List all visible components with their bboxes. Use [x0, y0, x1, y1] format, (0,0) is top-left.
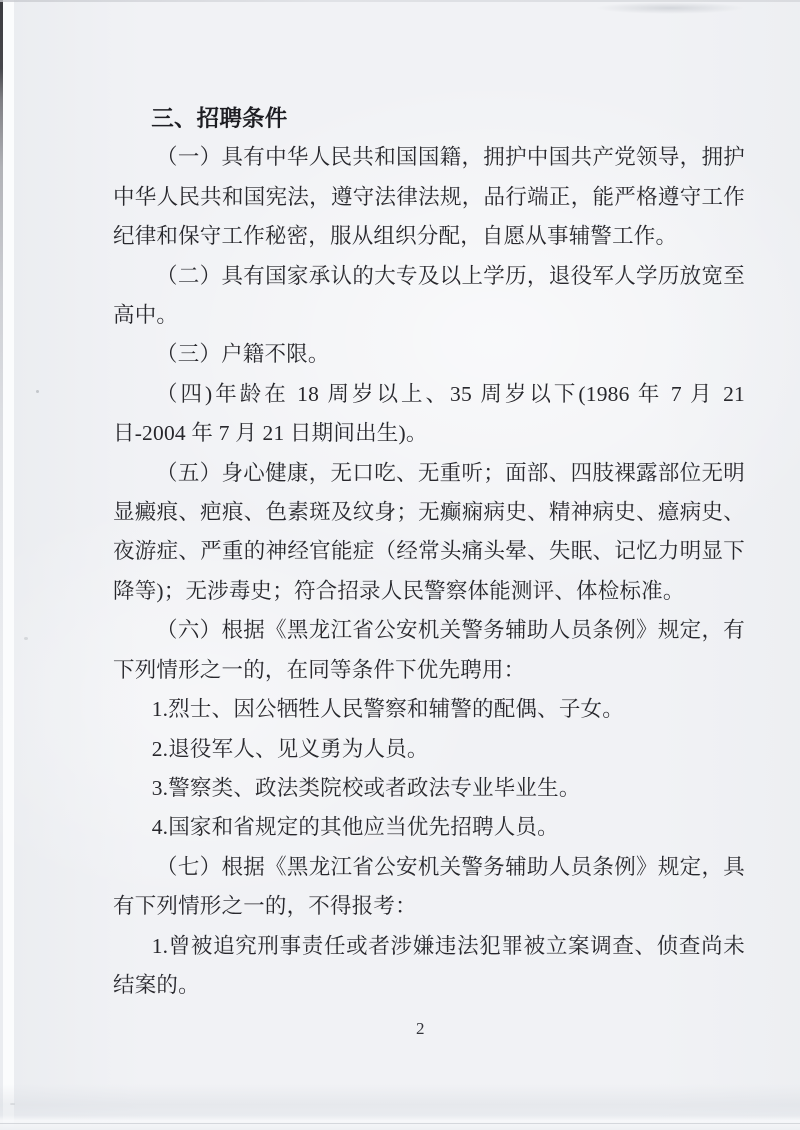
scan-bottom-line: [0, 1123, 800, 1124]
list-item-priority-3: 3.警察类、政法类院校或者政法专业毕业生。: [113, 769, 745, 808]
list-item-priority-2: 2.退役军人、见义勇为人员。: [113, 730, 745, 769]
scan-speck: [10, 1103, 15, 1105]
page-number: 2: [416, 1019, 425, 1039]
section-heading: 三、招聘条件: [113, 99, 745, 138]
scan-left-edge-artifact: [0, 0, 3, 760]
clause-paragraph-6: （六）根据《黑龙江省公安机关警务辅助人员条例》规定，有下列情形之一的，在同等条件…: [113, 611, 745, 690]
document-body: 三、招聘条件 （一）具有中华人民共和国国籍，拥护中国共产党领导，拥护中华人民共和…: [113, 99, 745, 1005]
list-item-priority-1: 1.烈士、因公牺牲人民警察和辅警的配偶、子女。: [113, 690, 745, 729]
clause-paragraph-2: （二）具有国家承认的大专及以上学历，退役军人学历放宽至高中。: [113, 257, 745, 336]
clause-paragraph-4: （四)年龄在 18 周岁以上、35 周岁以下(1986 年 7 月 21 日-2…: [113, 375, 745, 454]
scan-speck: [24, 637, 28, 640]
clause-paragraph-7: （七）根据《黑龙江省公安机关警务辅助人员条例》规定，具有下列情形之一的，不得报考…: [113, 848, 745, 927]
scan-left-white-band: [3, 0, 14, 1130]
clause-paragraph-1: （一）具有中华人民共和国国籍，拥护中国共产党领导，拥护中华人民共和国宪法，遵守法…: [113, 138, 745, 256]
clause-paragraph-3: （三）户籍不限。: [113, 335, 745, 374]
scan-smudge: [595, 2, 745, 14]
scan-speck: [36, 390, 39, 393]
list-item-priority-4: 4.国家和省规定的其他应当优先招聘人员。: [113, 808, 745, 847]
scanned-document-page: 三、招聘条件 （一）具有中华人民共和国国籍，拥护中国共产党领导，拥护中华人民共和…: [0, 0, 800, 1130]
clause-paragraph-5: （五）身心健康，无口吃、无重听；面部、四肢裸露部位无明显癜痕、疤痕、色素斑及纹身…: [113, 454, 745, 612]
list-item-disqualify-1: 1.曾被追究刑事责任或者涉嫌违法犯罪被立案调查、侦查尚未结案的。: [113, 927, 745, 1006]
